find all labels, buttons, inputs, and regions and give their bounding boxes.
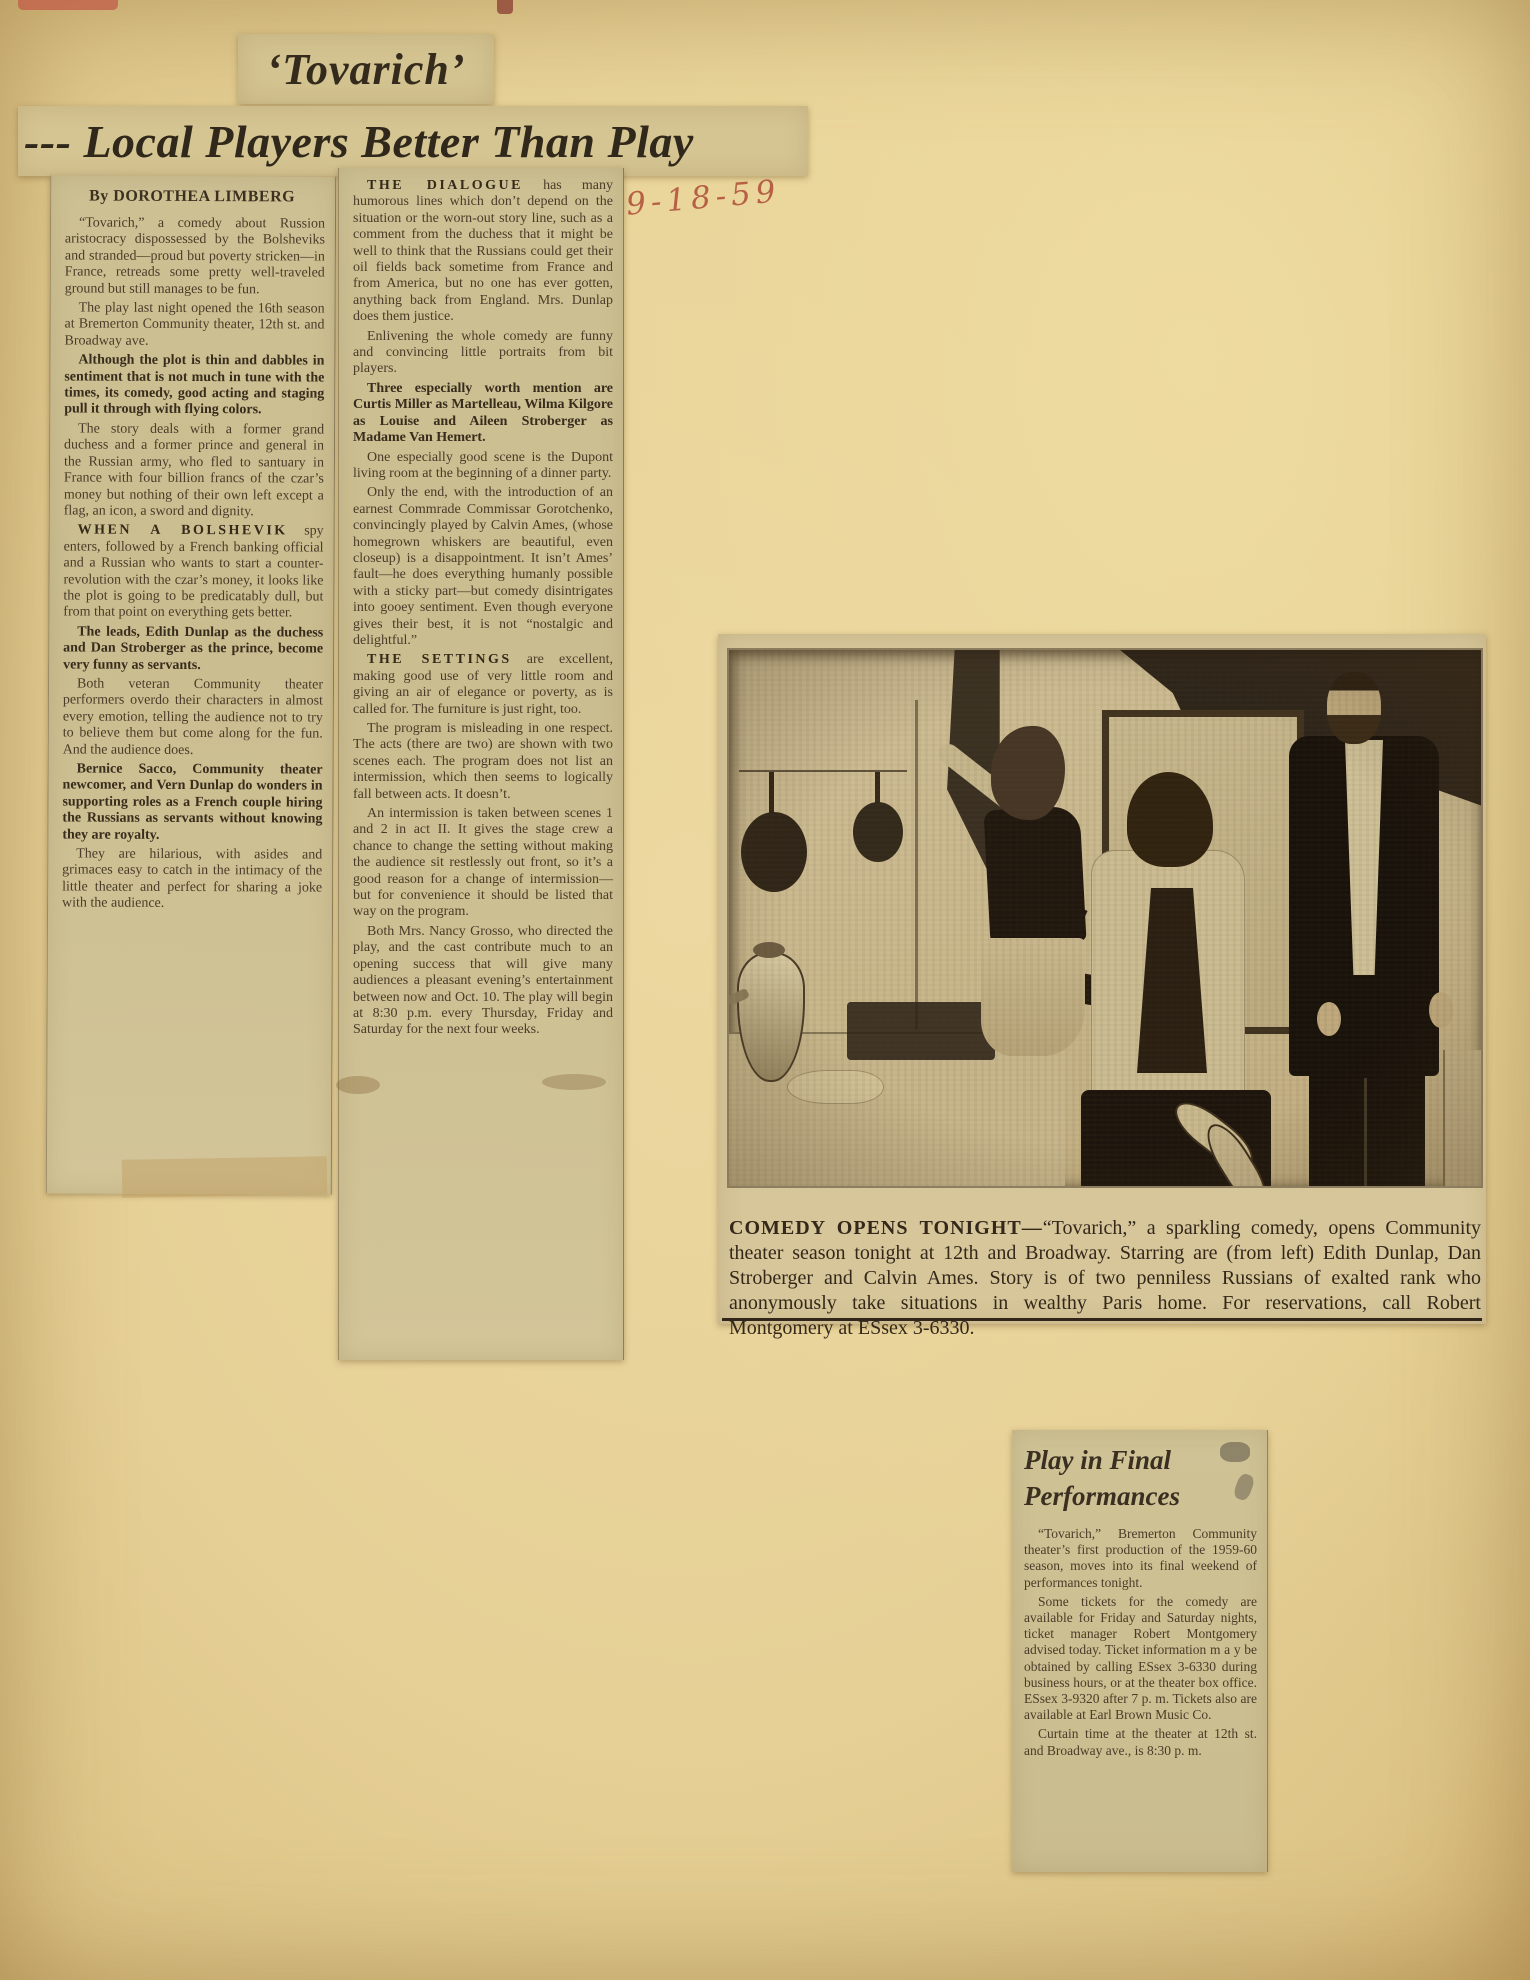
pencil-mark bbox=[1220, 1442, 1250, 1462]
paragraph-text: Three especially worth mention are Curti… bbox=[353, 381, 613, 445]
paragraph: The program is misleading in one respect… bbox=[353, 721, 613, 803]
stain-smudge bbox=[336, 1076, 380, 1094]
byline: By DOROTHEA LIMBERG bbox=[89, 188, 325, 207]
paragraph: Three especially worth mention are Curti… bbox=[353, 381, 613, 447]
paragraph: The play last night opened the 16th seas… bbox=[64, 300, 324, 350]
paragraph: Curtain time at the theater at 12th st. … bbox=[1024, 1726, 1257, 1758]
photo-cabinet bbox=[1443, 1050, 1481, 1186]
paragraph-lead: WHEN A BOLSHEVIK bbox=[78, 523, 288, 539]
paragraph: Both Mrs. Nancy Grosso, who directed the… bbox=[353, 924, 613, 1039]
paragraph: Some tickets for the comedy are availabl… bbox=[1024, 1594, 1257, 1724]
paragraph-text: Enlivening the whole comedy are funny an… bbox=[353, 329, 613, 377]
paragraph-text: The program is misleading in one respect… bbox=[353, 721, 613, 802]
stain-smudge bbox=[542, 1074, 606, 1090]
paragraph-text: They are hilarious, with asides and grim… bbox=[62, 847, 322, 912]
paragraph-text: Some tickets for the comedy are availabl… bbox=[1024, 1594, 1257, 1722]
photo-actor-right-hand bbox=[1317, 1002, 1341, 1036]
photo-stove bbox=[847, 1002, 995, 1060]
photo-actress-left-torso bbox=[984, 806, 1087, 946]
paragraph: Although the plot is thin and dabbles in… bbox=[64, 353, 324, 420]
paragraph-lead: THE SETTINGS bbox=[367, 652, 512, 667]
photo-actress-left-hair bbox=[991, 726, 1065, 820]
final-performances-text: Play in Final Performances “Tovarich,” B… bbox=[1012, 1430, 1268, 1872]
paragraph-text: One especially good scene is the Dupont … bbox=[353, 450, 613, 481]
headline-clipping-title: ‘Tovarich’ bbox=[238, 34, 494, 104]
paragraph: WHEN A BOLSHEVIK spy enters, followed by… bbox=[63, 523, 323, 623]
paragraph: “Tovarich,” a comedy about Russion arist… bbox=[65, 215, 325, 298]
paragraph-text: “Tovarich,” a comedy about Russion arist… bbox=[65, 216, 325, 297]
photo-actor-right-head bbox=[1327, 672, 1381, 744]
scrapbook-page: ‘Tovarich’ --- Local Players Better Than… bbox=[0, 0, 1530, 1980]
photo-pan-rail bbox=[739, 770, 907, 772]
paragraph-text: Only the end, with the introduction of a… bbox=[353, 485, 613, 648]
photo-hanging-pan bbox=[853, 802, 903, 862]
paragraph: The story deals with a former grand duch… bbox=[64, 421, 324, 521]
photo-table-bundle bbox=[787, 1070, 884, 1104]
final-performances-clipping: Play in Final Performances “Tovarich,” B… bbox=[1012, 1430, 1268, 1872]
photo-clipping: COMEDY OPENS TONIGHT—“Tovarich,” a spark… bbox=[718, 634, 1486, 1324]
paragraph-lead: THE DIALOGUE bbox=[367, 178, 523, 193]
paragraph: “Tovarich,” Bremerton Community theater’… bbox=[1024, 1526, 1257, 1591]
paragraph-text: The play last night opened the 16th seas… bbox=[64, 301, 324, 349]
photo-pole bbox=[915, 700, 918, 1030]
paragraph-text: Curtain time at the theater at 12th st. … bbox=[1024, 1726, 1257, 1757]
photo-caption-lead: COMEDY OPENS TONIGHT— bbox=[729, 1217, 1043, 1239]
headline-subtitle: --- Local Players Better Than Play bbox=[24, 115, 694, 168]
photo-actress-left-skirt bbox=[981, 938, 1085, 1056]
red-paper-scrap-small bbox=[497, 0, 513, 14]
headline-clipping-subtitle: --- Local Players Better Than Play bbox=[18, 106, 808, 176]
paragraph-text: The story deals with a former grand duch… bbox=[64, 421, 324, 519]
photo-caption: COMEDY OPENS TONIGHT—“Tovarich,” a spark… bbox=[729, 1216, 1481, 1341]
review-column-1-text: By DOROTHEA LIMBERG “Tovarich,” a comedy… bbox=[46, 175, 336, 1194]
paragraph-text: “Tovarich,” Bremerton Community theater’… bbox=[1024, 1526, 1257, 1590]
photo-actor-right-legs bbox=[1309, 1070, 1425, 1186]
paragraph: They are hilarious, with asides and grim… bbox=[62, 846, 322, 913]
paragraph: The leads, Edith Dunlap as the duchess a… bbox=[63, 624, 323, 674]
paragraph: An intermission is taken between scenes … bbox=[353, 806, 613, 921]
review-column-2-text: THE DIALOGUE has many humorous lines whi… bbox=[338, 168, 624, 1360]
review-column-1: By DOROTHEA LIMBERG “Tovarich,” a comedy… bbox=[46, 175, 336, 1194]
paragraph: Enlivening the whole comedy are funny an… bbox=[353, 329, 613, 378]
handwritten-date: 9-18-59 bbox=[625, 173, 782, 222]
photo-hanging-pan bbox=[741, 812, 807, 892]
paragraph-text: Although the plot is thin and dabbles in… bbox=[64, 353, 324, 418]
photo-actor-right-hand bbox=[1429, 992, 1453, 1028]
paragraph: Both veteran Community theater performer… bbox=[63, 676, 323, 759]
paragraph: One especially good scene is the Dupont … bbox=[353, 450, 613, 483]
paragraph: THE DIALOGUE has many humorous lines whi… bbox=[353, 178, 613, 326]
paragraph: Only the end, with the introduction of a… bbox=[353, 485, 613, 649]
tape-mark bbox=[122, 1156, 328, 1198]
headline-title: ‘Tovarich’ bbox=[266, 44, 465, 95]
stage-photo bbox=[729, 650, 1481, 1186]
paragraph-text: An intermission is taken between scenes … bbox=[353, 806, 613, 919]
paragraph-text: Both veteran Community theater performer… bbox=[63, 676, 323, 757]
red-paper-scrap bbox=[18, 0, 118, 10]
paragraph-text: Both Mrs. Nancy Grosso, who directed the… bbox=[353, 924, 613, 1037]
paragraph: Bernice Sacco, Community theater newcome… bbox=[62, 761, 322, 844]
paragraph-text: The leads, Edith Dunlap as the duchess a… bbox=[63, 624, 323, 672]
review-column-2: THE DIALOGUE has many humorous lines whi… bbox=[338, 168, 624, 1360]
caption-rule bbox=[722, 1318, 1482, 1321]
paragraph-text: Bernice Sacco, Community theater newcome… bbox=[62, 762, 322, 843]
paragraph: THE SETTINGS are excellent, making good … bbox=[353, 652, 613, 718]
paragraph-text: has many humorous lines which don’t depe… bbox=[353, 178, 613, 324]
